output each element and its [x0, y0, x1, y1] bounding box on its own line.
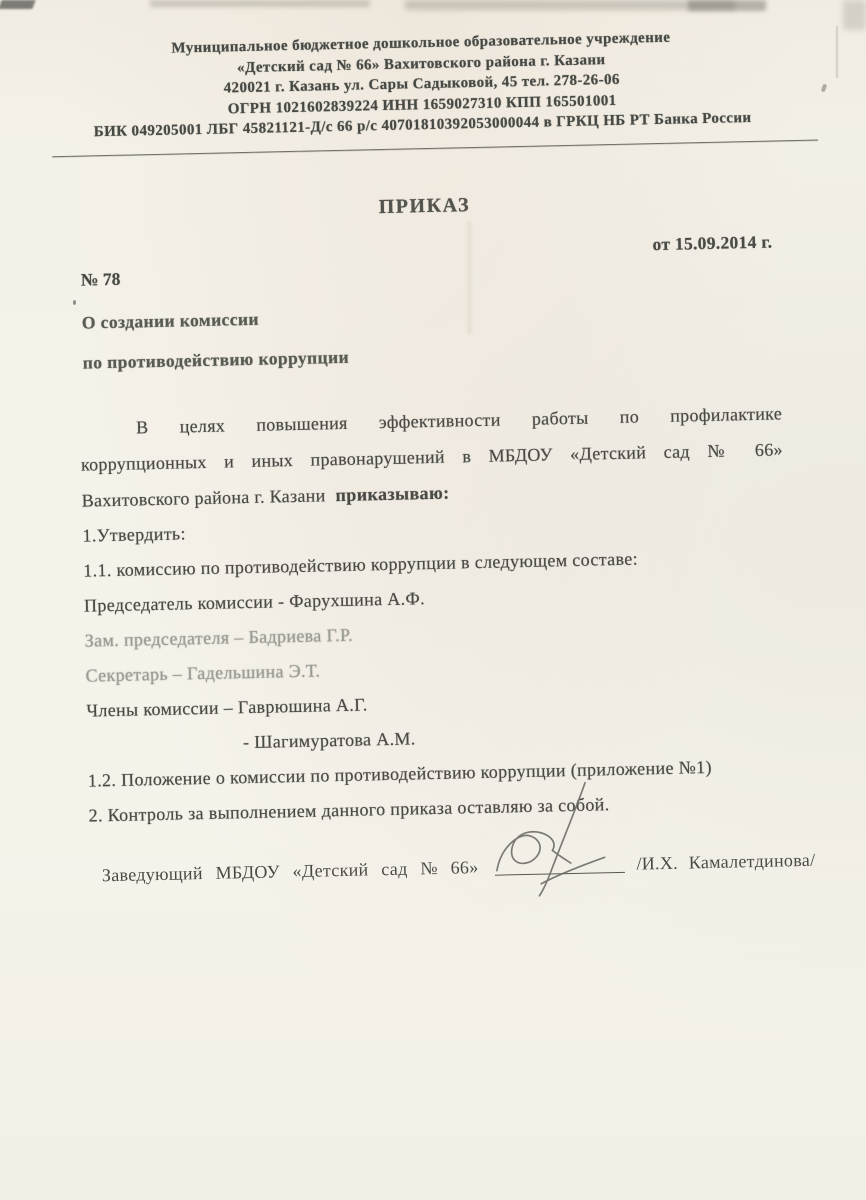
order-subject-line-2: по противодействию коррупции: [83, 335, 861, 372]
intro-line-3-text: Вахитовского района г. Казани: [82, 485, 326, 510]
letterhead: Муниципальное бюджетное дошкольное образ…: [0, 0, 856, 145]
order-title: ПРИКАЗ: [0, 183, 858, 228]
signature-name: /И.Х. Камалетдинова/: [636, 849, 815, 874]
letterhead-divider: [52, 139, 818, 157]
signature-block: Заведующий МБДОУ «Детский сад № 66» /И.Х…: [5, 836, 866, 888]
order-subject-line-1: О создании комиссии: [82, 295, 860, 332]
signature-line: [494, 841, 625, 875]
intro-decree-word: приказываю:: [335, 482, 449, 504]
order-intro-paragraph: В целях повышения эффективности работы п…: [0, 393, 864, 520]
order-document: Муниципальное бюджетное дошкольное образ…: [0, 0, 866, 888]
order-items: 1.Утвердить: 1.1. комиссию по противодей…: [0, 501, 866, 835]
order-subject: О создании комиссии по противодействию к…: [0, 295, 861, 374]
scanned-document-page: Муниципальное бюджетное дошкольное образ…: [0, 0, 866, 1200]
signature-role-label: Заведующий МБДОУ «Детский сад № 66»: [102, 857, 479, 886]
signature-scribble-icon: [485, 777, 638, 902]
